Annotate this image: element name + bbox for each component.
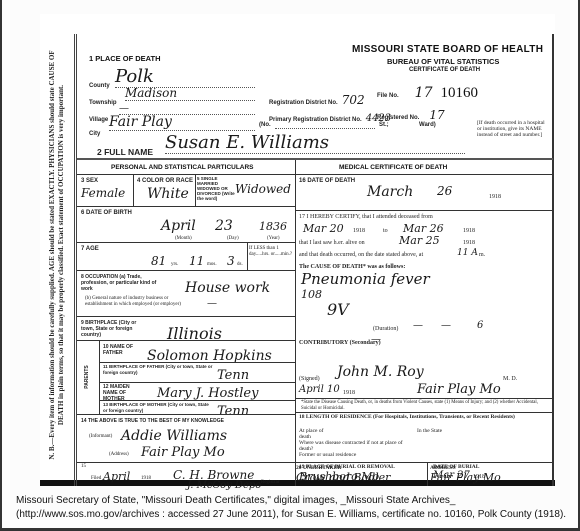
race-label: 4 COLOR OR RACE	[137, 178, 193, 184]
street-line	[275, 128, 375, 129]
dob-year: 1836	[259, 220, 287, 233]
city-value: Fair Play	[109, 114, 255, 131]
informant-label: (Informant)	[89, 434, 112, 439]
age-months: 11	[189, 254, 204, 268]
mother-birthplace-value: Tenn	[217, 404, 249, 419]
divider	[99, 382, 295, 383]
father-birthplace-value: Tenn	[217, 368, 249, 383]
date-of-death-year: 1918	[489, 194, 501, 200]
divider	[77, 242, 295, 243]
birthplace-label: 9 BIRTHPLACE (City or town, State or for…	[81, 320, 139, 338]
footnote: *State the Disease Causing Death, or, in…	[301, 400, 551, 411]
divider	[295, 174, 553, 175]
time-of-death: 11 A	[457, 248, 478, 258]
hospital-note: [If death occurred in a hospital or inst…	[477, 120, 549, 138]
form-name: CERTIFICATE OF DEATH	[409, 67, 480, 73]
divider	[77, 174, 295, 175]
occupation-value: House work	[185, 280, 270, 296]
citation-line-1: Missouri Secretary of State, "Missouri D…	[16, 494, 576, 508]
informant-address-label: (Address)	[109, 452, 129, 457]
ds-caption: ds.	[237, 262, 243, 267]
file-no-label: File No.	[377, 93, 399, 99]
father-label: 10 NAME OF FATHER	[103, 344, 143, 356]
board-title: MISSOURI STATE BOARD OF HEALTH	[352, 44, 543, 55]
file-no-stamped: 10160	[441, 85, 479, 101]
signed-date: April 10	[299, 384, 340, 395]
citation-line-2: (http://www.sos.mo.gov/archives : access…	[16, 508, 576, 522]
bureau-subtitle: BUREAU OF VITAL STATISTICS	[387, 57, 499, 66]
less-than-label: If LESS than 1 day.....hrs. or.....min.?	[249, 246, 295, 258]
registration-district-value: 702	[342, 93, 365, 107]
divider	[77, 316, 295, 317]
divider	[77, 158, 553, 160]
primary-registration-label: Primary Registration District No.	[269, 117, 362, 123]
industry-value: —	[207, 298, 217, 309]
county-label: County	[89, 83, 110, 89]
file-no-handwritten: 17	[415, 85, 433, 101]
divider	[77, 414, 295, 415]
divider	[99, 340, 100, 414]
divider	[77, 462, 295, 463]
cause-code: 108	[301, 288, 322, 301]
attended-from: Mar 20	[303, 222, 344, 235]
place-of-death-label: 1 PLACE OF DEATH	[89, 54, 161, 63]
divider	[195, 174, 196, 206]
age-label: 7 AGE	[81, 246, 99, 252]
township-label: Township	[89, 100, 117, 106]
cause-code-2: 9V	[327, 300, 349, 319]
residence-label: 18 LENGTH OF RESIDENCE (For Hospitals, I…	[299, 414, 549, 420]
sex-value: Female	[81, 186, 125, 200]
day-caption: (Day)	[227, 236, 239, 241]
to-label: to	[383, 228, 388, 234]
side-note: N. B.—Every item of information should b…	[42, 40, 72, 470]
mother-birthplace-label: 13 BIRTHPLACE OF MOTHER (City or town, S…	[103, 402, 213, 413]
date-of-death-month: March	[367, 184, 413, 200]
cause-value: Pneumonia fever	[301, 270, 430, 288]
duration-label: (Duration)	[373, 326, 398, 332]
deputy-name: J. McCoy Depo	[187, 480, 261, 491]
time-suffix: m.	[479, 252, 485, 258]
informant-value: Addie Williams	[121, 428, 227, 444]
dob-month: April	[161, 218, 196, 234]
mother-value: Mary J. Hostley	[157, 386, 258, 401]
duration-days: 6	[477, 320, 483, 331]
full-name-value: Susan E. Williams	[165, 132, 465, 154]
center-divider	[295, 160, 296, 486]
former-residence-label: Former or usual residence	[299, 452, 359, 458]
county-value: Polk	[115, 66, 255, 88]
divider	[295, 462, 553, 463]
father-birthplace-label: 11 BIRTHPLACE OF FATHER (City or town, S…	[103, 364, 213, 375]
filed-number: 15	[81, 464, 86, 469]
certify-text: 17 I HEREBY CERTIFY, that I attended dec…	[299, 214, 433, 220]
registration-district-label: Registration District No.	[269, 100, 338, 106]
source-citation: Missouri Secretary of State, "Missouri D…	[16, 494, 576, 522]
township-value: Madison	[125, 86, 255, 101]
month-caption: (Month)	[175, 236, 192, 241]
occupation-label: 8 OCCUPATION (a) Trade, profession, or p…	[81, 274, 161, 292]
date-of-death-day: 26	[437, 184, 452, 198]
city-label: City	[89, 131, 100, 137]
full-name-label: 2 FULL NAME	[97, 147, 153, 157]
divider	[247, 242, 248, 270]
age-days: 3	[227, 254, 235, 268]
in-state-label: In the State	[417, 428, 447, 434]
personal-section-label: PERSONAL AND STATISTICAL PARTICULARS	[111, 164, 254, 171]
medical-section-label: MEDICAL CERTIFICATE OF DEATH	[339, 164, 447, 171]
document-frame: N. B.—Every item of information should b…	[0, 0, 580, 531]
attended-from-year: 1918	[353, 228, 365, 234]
undertaker-row: 20 UNDERTAKER Crow and Bodler ADDRESS Fa…	[292, 477, 554, 487]
last-saw-date: Mar 25	[399, 234, 440, 247]
attended-to-year: 1918	[463, 228, 475, 234]
signed-value: John M. Roy	[337, 364, 424, 380]
divider	[295, 210, 553, 211]
filed-date: April	[103, 470, 130, 483]
md-label: M. D.	[503, 376, 517, 382]
last-saw-text: that I last saw h.er. alive on	[299, 240, 365, 246]
divider	[99, 362, 295, 363]
registered-no-value: 17	[429, 108, 444, 122]
duration-years: —	[413, 320, 423, 331]
primary-registration-row: Primary Registration District No. 4423	[269, 108, 391, 126]
mos-caption: mos.	[207, 262, 217, 267]
divider	[99, 400, 295, 401]
file-no-row: File No. 17 10160	[377, 84, 537, 102]
informant-address-value: Fair Play Mo	[141, 445, 225, 460]
filed-label: Filed	[91, 476, 101, 481]
divider	[295, 412, 553, 413]
duration-months: —	[441, 320, 451, 331]
contributory-value: —	[371, 334, 381, 345]
parents-label: PARENTS	[84, 365, 90, 389]
divider	[77, 340, 295, 341]
signed-year: 1918	[343, 390, 355, 396]
date-of-death-label: 16 DATE OF DEATH	[299, 178, 355, 184]
marital-label: 5 SINGLE MARRIED WIDOWED OR DIVORCED (Wr…	[197, 176, 235, 201]
contracted-label: Where was disease contracted if not at p…	[299, 440, 409, 452]
filed-year: 1918	[141, 476, 151, 481]
registration-district-row: Registration District No. 702	[269, 91, 365, 109]
certificate-form: MISSOURI STATE BOARD OF HEALTH BUREAU OF…	[74, 34, 554, 486]
divider	[295, 398, 553, 399]
informant-section-label: 14 THE ABOVE IS TRUE TO THE BEST OF MY K…	[81, 418, 224, 424]
last-saw-year: 1918	[463, 240, 475, 246]
registered-no-row: Registered No. 17	[377, 106, 445, 124]
sex-label: 3 SEX	[81, 178, 98, 184]
divider	[133, 174, 134, 206]
contributory-label: CONTRIBUTORY (Secondary)	[299, 340, 381, 346]
undertaker-value: Crow and Bodler	[296, 471, 390, 484]
occurred-text: and that death occurred, on the date sta…	[299, 252, 423, 258]
year-caption: (Year)	[267, 236, 280, 241]
registered-no-label: Registered No.	[377, 115, 419, 121]
divider	[77, 270, 295, 271]
at-place-label: At place of death	[299, 428, 335, 440]
dob-day: 23	[215, 218, 233, 234]
divider	[77, 206, 295, 207]
yrs-caption: yrs.	[171, 262, 178, 267]
race-value: White	[147, 186, 189, 202]
industry-label: (b) General nature of industry business …	[85, 296, 185, 308]
age-years: 81	[151, 254, 166, 268]
signed-address: Fair Play Mo	[417, 382, 501, 397]
signed-label: (Signed)	[299, 376, 320, 382]
marital-value: Widowed	[235, 182, 291, 196]
registrar-label: Registrar	[261, 480, 279, 485]
dob-label: 6 DATE OF BIRTH	[81, 210, 132, 216]
side-note-text: N. B.—Every item of information should b…	[48, 40, 66, 470]
undertaker-address-value: Fair Play Mo	[430, 471, 501, 484]
